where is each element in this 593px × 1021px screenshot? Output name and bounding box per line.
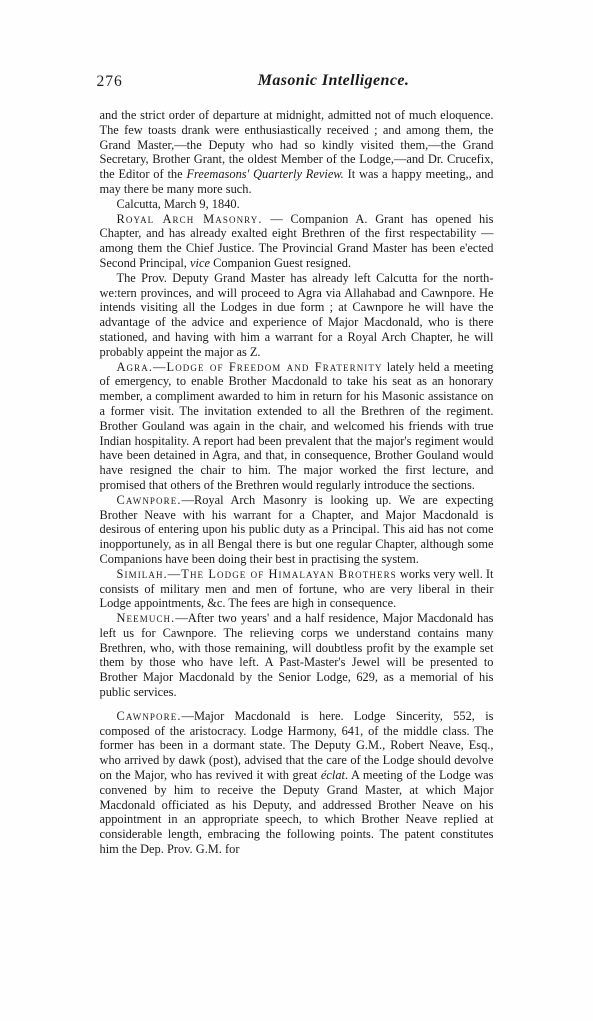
- section-heading: Cawnpore.: [117, 709, 182, 723]
- paragraph-continuation: and the strict order of departure at mid…: [100, 108, 494, 197]
- running-title: Masonic Intelligence.: [137, 72, 531, 90]
- paragraph-cawnpore-2: Cawnpore.—Major Macdonald is here. Lodge…: [100, 709, 494, 857]
- text-run: Companion Guest resigned.: [210, 256, 351, 270]
- section-heading: Cawnpore.: [117, 493, 182, 507]
- paragraph-cawnpore-1: Cawnpore.—Royal Arch Masonry is looking …: [100, 493, 494, 567]
- dateline: Calcutta, March 9, 1840.: [100, 197, 494, 212]
- scanned-book-page: 276 Masonic Intelligence. and the strict…: [0, 0, 593, 1021]
- french-term-italic: éclat: [321, 768, 345, 782]
- journal-title-italic: Freemasons' Quarterly Review.: [186, 167, 343, 181]
- latin-term-italic: vice: [190, 256, 210, 270]
- text-block: 276 Masonic Intelligence. and the strict…: [100, 0, 494, 857]
- page-header: 276 Masonic Intelligence.: [100, 72, 494, 96]
- paragraph-agra: Agra.—Lodge of Freedom and Fraternity la…: [100, 360, 494, 493]
- text-run: The Prov. Deputy Grand Master has alread…: [100, 271, 494, 359]
- section-heading: Royal Arch Masonry.: [117, 212, 263, 226]
- article-body: and the strict order of departure at mid…: [100, 108, 494, 857]
- paragraph-deputy-grand-master: The Prov. Deputy Grand Master has alread…: [100, 271, 494, 360]
- section-heading: Similah.—The Lodge of Himalayan Brothers: [117, 567, 397, 581]
- paragraph-neemuch: Neemuch.—After two years' and a half res…: [100, 611, 494, 700]
- page-number: 276: [97, 73, 123, 91]
- section-heading: Neemuch.: [117, 611, 176, 625]
- section-heading: Agra.—Lodge of Freedom and Fraternity: [117, 360, 383, 374]
- paragraph-similah: Similah.—The Lodge of Himalayan Brothers…: [100, 567, 494, 611]
- paragraph-royal-arch-masonry: Royal Arch Masonry. — Companion A. Grant…: [100, 212, 494, 271]
- text-run: Calcutta, March 9, 1840.: [117, 197, 240, 211]
- text-run: lately held a meeting of emergency, to e…: [100, 360, 494, 492]
